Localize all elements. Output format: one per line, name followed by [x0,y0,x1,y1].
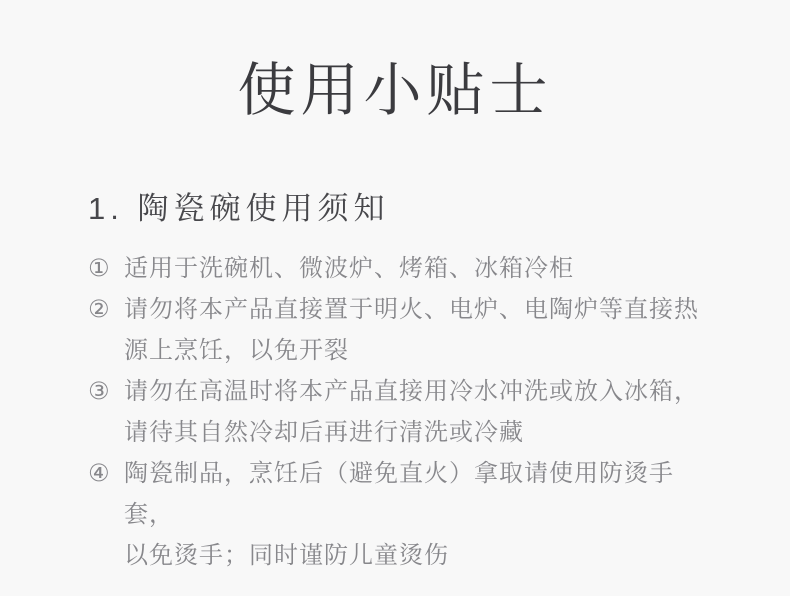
tip-text: 请勿在高温时将本产品直接用冷水冲洗或放入冰箱， 请待其自然冷却后再进行清洗或冷藏 [124,371,720,453]
ceramic-bowl-notes-section: 1. 陶瓷碗使用须知 ① 适用于洗碗机、微波炉、烤箱、冰箱冷柜 ② 请勿将本产品… [88,190,720,577]
tip-text: 适用于洗碗机、微波炉、烤箱、冰箱冷柜 [124,248,720,289]
tip-number-1-marker: ① [88,248,124,289]
section-heading: 1. 陶瓷碗使用须知 [88,190,720,229]
list-item: ② 请勿将本产品直接置于明火、电炉、电陶炉等直接热 源上烹饪，以免开裂 [88,289,720,371]
tip-text: 请勿将本产品直接置于明火、电炉、电陶炉等直接热 源上烹饪，以免开裂 [124,289,720,371]
tips-list: ① 适用于洗碗机、微波炉、烤箱、冰箱冷柜 ② 请勿将本产品直接置于明火、电炉、电… [88,248,720,576]
tip-number-2-marker: ② [88,289,124,330]
list-item: ① 适用于洗碗机、微波炉、烤箱、冰箱冷柜 [88,248,720,289]
usage-tips-page: 使用小贴士 1. 陶瓷碗使用须知 ① 适用于洗碗机、微波炉、烤箱、冰箱冷柜 ② … [0,0,790,596]
tip-number-3-marker: ③ [88,371,124,412]
tip-number-4-marker: ④ [88,453,124,494]
tip-text: 陶瓷制品，烹饪后（避免直火）拿取请使用防烫手套， 以免烫手；同时谨防儿童烫伤 [124,453,720,576]
list-item: ③ 请勿在高温时将本产品直接用冷水冲洗或放入冰箱， 请待其自然冷却后再进行清洗或… [88,371,720,453]
list-item: ④ 陶瓷制品，烹饪后（避免直火）拿取请使用防烫手套， 以免烫手；同时谨防儿童烫伤 [88,453,720,576]
page-title: 使用小贴士 [0,0,790,126]
